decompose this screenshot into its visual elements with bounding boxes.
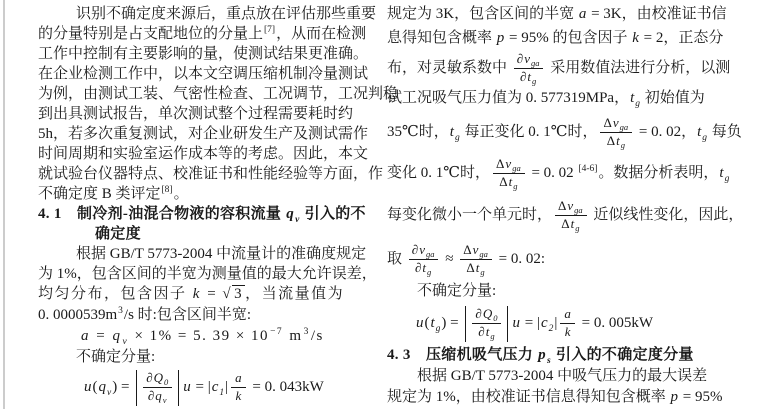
paragraph-line: 到出具测试报告，单次测试整个过程需要耗时约 xyxy=(38,104,388,124)
text-run: 采用数值法进行分析，以测 xyxy=(546,60,730,76)
subscript: 0 xyxy=(164,377,168,387)
text-run: = xyxy=(202,286,222,302)
math-variable: v xyxy=(566,198,574,213)
paragraph-line: 识别不确定度来源后，重点放在评估那些重要 xyxy=(38,4,388,24)
fraction: ΔvgaΔtg xyxy=(555,199,587,232)
text-run: 引入的不确定度分量 xyxy=(552,347,694,363)
text-run: = 0. 005kW xyxy=(578,315,653,331)
paragraph-line: 工作中控制有主要影响的量，使测试结果更准确。 xyxy=(38,44,388,64)
fraction-numerator: ∂Q0 xyxy=(143,371,172,388)
subscript: 1 xyxy=(219,388,224,398)
fraction: ΔvgaΔtg xyxy=(493,157,525,190)
superscript: 3 xyxy=(118,306,123,316)
text-run: 每变化微小一个单元时， xyxy=(387,207,552,223)
subscript: s xyxy=(547,356,551,366)
paragraph-line: 5h，若多次重复测试，对企业研发生产及测试需作 xyxy=(38,124,388,144)
subscript: 0 xyxy=(493,313,497,323)
paragraph-line: 布，对灵敏系数中 ∂vga∂tg 采用数值法进行分析，以测 xyxy=(387,51,731,85)
subscript: 2 xyxy=(549,324,554,334)
section-heading-4-1: 4. 1 制冷剂-油混合物液的容积流量 qv 引入的不 xyxy=(38,204,388,224)
text-run: ) = xyxy=(112,379,133,395)
radical-sign: √ xyxy=(222,286,232,302)
text-run: 每负 xyxy=(708,124,742,140)
math-variable: p xyxy=(496,30,506,46)
fraction-denominator: Δtg xyxy=(499,174,518,190)
subscript: g xyxy=(702,133,707,143)
fraction: ∂vga∂tg xyxy=(409,243,439,276)
math-variable: k xyxy=(564,324,572,339)
text-run: = 0. 02， xyxy=(635,124,696,140)
subscript: g xyxy=(725,174,730,184)
fraction-numerator: ∂vga xyxy=(514,52,544,69)
math-variable: Q xyxy=(153,370,164,385)
text-run: ( xyxy=(93,379,98,395)
fraction: ak xyxy=(231,371,246,404)
fraction-numerator: Δvga xyxy=(493,157,525,174)
text-run: 。数据分析表明， xyxy=(598,165,718,181)
math-variable: t xyxy=(718,165,724,181)
fraction-denominator: ∂qv xyxy=(148,388,168,404)
text-run: Δ xyxy=(603,115,611,130)
paragraph-line: 不确定分量: xyxy=(38,347,388,367)
subscript: ga xyxy=(426,249,435,259)
math-variable: v xyxy=(612,115,620,130)
fraction-denominator: k xyxy=(564,324,572,340)
math-variable: u xyxy=(511,315,521,331)
superscript: [7] xyxy=(264,25,275,35)
superscript: [4-6] xyxy=(578,164,597,174)
fraction: ∂vga∂tg xyxy=(514,52,544,85)
formula-interval-halfwidth: a = qv × 1% = 5. 39 × 10−7 m3/s xyxy=(80,326,388,347)
text-run: = 0. 02 xyxy=(528,165,578,181)
fraction-numerator: ∂Q0 xyxy=(472,307,501,324)
paragraph-line: 均匀分布，包含因子 k = √3，当流量值为 xyxy=(38,284,388,305)
formula-uncertainty-tg: u(tg) = ∂Q0∂tgu = |c2|ak = 0. 005kW xyxy=(415,302,731,344)
text-run: Δ xyxy=(466,260,474,275)
paragraph-line: 根据 GB/T 5773-2004 中流量计的准确度规定 xyxy=(38,244,388,264)
absolute-value-bar xyxy=(178,370,179,406)
superscript: [8] xyxy=(162,185,173,195)
text-run: | xyxy=(554,315,557,331)
subscript: g xyxy=(427,267,431,277)
fraction-denominator: Δtg xyxy=(466,260,485,276)
subscript: ga xyxy=(531,58,540,68)
math-variable: p xyxy=(537,347,547,363)
section-heading-4-3: 4. 3 压缩机吸气压力 ps 引入的不确定度分量 xyxy=(387,344,731,366)
text-run: 规定为 1%，由校准证书信息得知包含概率 xyxy=(387,389,670,405)
right-column: 规定为 3K，包含区间的半宽 a = 3K，由校准证书信 息得知包含概率 p =… xyxy=(387,0,731,408)
math-variable: q xyxy=(154,388,163,403)
paragraph-line: 不确定度 B 类评定[8]。 xyxy=(38,184,388,204)
subscript: v xyxy=(107,388,111,398)
fraction-numerator: a xyxy=(231,371,246,388)
subscript: ga xyxy=(512,163,521,173)
text-run: 。 xyxy=(174,186,189,202)
text-run: = | xyxy=(521,315,540,331)
text-run: 的分量特别是占支配地位的分量上 xyxy=(38,26,263,42)
text-run: 引入的不 xyxy=(301,206,366,222)
text-run: ∂ xyxy=(478,324,484,339)
text-run: m xyxy=(284,328,302,344)
math-variable: t xyxy=(430,315,436,331)
paragraph-line: 的分量特别是占支配地位的分量上[7]，从而在检测 xyxy=(38,24,388,44)
math-variable: u xyxy=(83,379,93,395)
fraction: ∂Q0∂qv xyxy=(143,371,172,404)
subscript: g xyxy=(480,267,484,277)
paragraph-line: 0. 0000539m3/s 时:包含区间半宽: xyxy=(38,305,388,326)
text-run: ≈ xyxy=(441,251,457,267)
subscript: ga xyxy=(620,122,629,132)
text-run: 息得知包含概率 xyxy=(387,30,496,46)
absolute-value-bar xyxy=(465,306,466,342)
paragraph-line: 息得知包含概率 p = 95% 的包含因子 k = 2，正态分 xyxy=(387,26,731,51)
fraction-denominator: k xyxy=(235,388,243,404)
math-variable: u xyxy=(182,379,192,395)
text-run: 4. 3 压缩机吸气压力 xyxy=(387,347,537,363)
paragraph-line: 为例，由测试工装、气密性检查、工况调节，工况判稳 xyxy=(38,84,388,104)
scan-edge-line xyxy=(3,0,5,409)
paragraph-line: 每变化微小一个单元时，ΔvgaΔtg 近似线性变化，因此， xyxy=(387,194,731,237)
paragraph-line: 规定为 1%，由校准证书信息得知包含概率 p = 95% xyxy=(387,387,731,408)
math-variable: k xyxy=(235,388,243,403)
text-run: Δ xyxy=(463,242,471,257)
math-variable: v xyxy=(523,51,531,66)
text-run: ∂ xyxy=(146,370,152,385)
absolute-value-bar xyxy=(507,306,508,342)
subscript: v xyxy=(163,395,167,405)
text-run: 变化 0. 1℃时， xyxy=(387,165,490,181)
text-run: 4. 1 制冷剂-油混合物液的容积流量 xyxy=(38,206,285,222)
fraction-numerator: Δvga xyxy=(555,199,587,216)
paragraph-line: 在企业检测工作中，以本文空调压缩机制冷量测试 xyxy=(38,64,388,84)
math-variable: q xyxy=(111,328,122,344)
formula-sensitivity-approx: 取 ∂vga∂tg ≈ ΔvgaΔtg = 0. 02: xyxy=(387,237,731,281)
subscript: ga xyxy=(574,205,583,215)
text-run: ，当流量值为 xyxy=(245,286,344,302)
left-column: 识别不确定度来源后，重点放在评估那些重要 的分量特别是占支配地位的分量上[7]，… xyxy=(38,0,388,407)
paragraph-line: 变化 0. 1℃时，ΔvgaΔtg = 0. 02 [4-6]。数据分析表明，t… xyxy=(387,152,731,194)
math-variable: a xyxy=(80,328,91,344)
text-run: = 95% 的包含因子 xyxy=(505,30,631,46)
subscript: g xyxy=(575,223,579,233)
fraction: ak xyxy=(560,307,575,340)
subscript: g xyxy=(436,324,441,334)
text-run: 初始值为 xyxy=(641,90,705,106)
subscript: g xyxy=(635,99,640,109)
math-variable: v xyxy=(418,242,426,257)
text-run: ) = xyxy=(441,315,462,331)
square-root: √3 xyxy=(222,285,245,302)
text-run: Δ xyxy=(499,174,507,189)
fraction-numerator: a xyxy=(560,307,575,324)
fraction-numerator: ∂vga xyxy=(409,243,439,260)
math-variable: k xyxy=(192,286,202,302)
text-run: ，从而在检测 xyxy=(276,26,366,42)
paragraph-line: 时间周期和实验室运作成本等的考虑。因此，本文 xyxy=(38,144,388,164)
paragraph-line: 不确定分量: xyxy=(387,281,731,302)
text-run: 布，对灵敏系数中 xyxy=(387,60,511,76)
text-run: ( xyxy=(425,315,430,331)
fraction: ΔvgaΔtg xyxy=(600,116,632,149)
math-variable: t xyxy=(615,133,621,148)
section-heading-4-1-continued: 确定度 xyxy=(38,224,388,244)
text-run: 规定为 3K，包含区间的半宽 xyxy=(387,6,578,22)
paragraph-line: 为 1%，包含区间的半宽为测量值的最大允许误差， xyxy=(38,264,388,284)
math-variable: c xyxy=(540,315,549,331)
text-run: 不确定度 B 类评定 xyxy=(38,186,161,202)
fraction-denominator: Δtg xyxy=(607,133,626,149)
fraction-denominator: ∂tg xyxy=(520,69,537,85)
paragraph-line: 试工况吸气压力值为 0. 577319MPa，tg 初始值为 xyxy=(387,85,731,112)
text-run: = xyxy=(91,328,111,344)
paper-page: 识别不确定度来源后，重点放在评估那些重要 的分量特别是占支配地位的分量上[7]，… xyxy=(0,0,781,409)
fraction-denominator: ∂tg xyxy=(415,260,432,276)
math-variable: u xyxy=(415,315,425,331)
text-run: 取 xyxy=(387,251,406,267)
text-run: = | xyxy=(192,379,211,395)
subscript: g xyxy=(490,331,494,341)
text-run: | xyxy=(225,379,228,395)
absolute-value-bar xyxy=(136,370,137,406)
text-run: = 0. 043kW xyxy=(249,379,324,395)
paragraph-line: 根据 GB/T 5773-2004 中吸气压力的最大误差 xyxy=(387,366,731,387)
subscript: ga xyxy=(479,249,488,259)
text-run: ∂ xyxy=(475,306,481,321)
fraction: ∂Q0∂tg xyxy=(472,307,501,340)
text-run: 近似线性变化，因此， xyxy=(590,207,744,223)
math-variable: q xyxy=(98,379,108,395)
superscript: 3 xyxy=(304,327,310,337)
text-run: /s 时:包含区间半宽: xyxy=(124,307,251,323)
math-variable: p xyxy=(670,389,680,405)
subscript: g xyxy=(513,181,517,191)
text-run: 试工况吸气压力值为 0. 577319MPa， xyxy=(387,90,629,106)
text-run: Δ xyxy=(561,216,569,231)
fraction-denominator: Δtg xyxy=(561,216,580,232)
paragraph-line: 35℃时，tg 每正变化 0. 1℃时，ΔvgaΔtg = 0. 02，tg 每… xyxy=(387,112,731,152)
fraction-numerator: Δvga xyxy=(600,116,632,133)
text-run: 每正变化 0. 1℃时， xyxy=(461,124,598,140)
text-run: = 0. 02: xyxy=(495,251,545,267)
math-variable: a xyxy=(563,306,572,321)
fraction-numerator: Δvga xyxy=(460,243,492,260)
math-variable: a xyxy=(578,6,588,22)
text-run: 0. 0000539m xyxy=(38,307,117,323)
text-run: × 1% = 5. 39 × 10 xyxy=(129,328,269,344)
text-run: /s xyxy=(311,328,324,344)
text-run: 均匀分布，包含因子 xyxy=(38,286,192,302)
math-variable: q xyxy=(285,206,295,222)
fraction-denominator: ∂tg xyxy=(478,324,495,340)
text-run: Δ xyxy=(607,133,615,148)
math-variable: k xyxy=(631,30,640,46)
formula-uncertainty-qv: u(qv) = ∂Q0∂qvu = |c1|ak = 0. 043kW xyxy=(83,367,388,407)
math-variable: a xyxy=(234,370,243,385)
fraction: ΔvgaΔtg xyxy=(460,243,492,276)
superscript: −7 xyxy=(270,327,283,337)
subscript: v xyxy=(122,337,128,347)
text-run: = 2，正态分 xyxy=(640,30,723,46)
radicand: 3 xyxy=(232,285,245,302)
math-variable: Q xyxy=(482,306,493,321)
text-run: = 3K，由校准证书信 xyxy=(587,6,726,22)
subscript: g xyxy=(621,140,625,150)
paragraph-line: 就试验台仪器特点、校准证书和性能经验等方面，作 xyxy=(38,164,388,184)
text-run: = 95% xyxy=(679,389,722,405)
text-run: 35℃时， xyxy=(387,124,449,140)
paragraph-line: 规定为 3K，包含区间的半宽 a = 3K，由校准证书信 xyxy=(387,3,731,26)
subscript: g xyxy=(455,133,460,143)
